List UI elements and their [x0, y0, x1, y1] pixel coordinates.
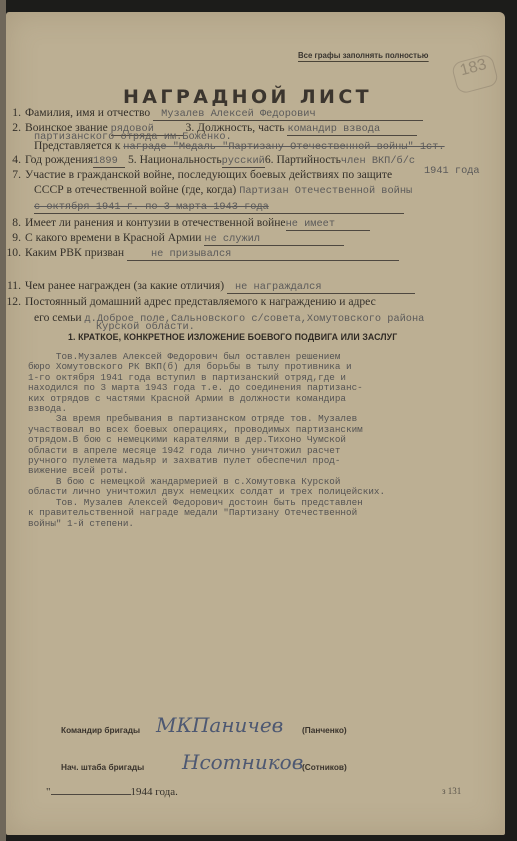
- fill-all-fields-notice: Все графы заполнять полностью: [298, 50, 428, 62]
- archive-number-stamp: 183: [451, 53, 500, 95]
- field-6-label: Партийность: [276, 153, 340, 166]
- merit-line: войны" 1-й степени.: [28, 519, 385, 529]
- field-1-row: 1.Фамилия, имя и отчество Музалев Алексе…: [2, 106, 423, 121]
- party-membership-value: член ВКП/б/с: [341, 155, 415, 167]
- field-12-row: 12.Постоянный домашний адрес представляе…: [2, 295, 376, 308]
- field-7-row-cont: СССР в отечественной войне (где, когда) …: [34, 183, 412, 197]
- field-10-row: 10.Каким РВК призван не призывался: [2, 246, 399, 261]
- merit-line: ких отрядов с частями Красной Армии в до…: [28, 394, 385, 404]
- red-army-since-value: не служил: [204, 233, 344, 246]
- field-12-row-cont: его семьи д.Доброе поле,Сальновского с/с…: [34, 311, 424, 325]
- chief-of-staff-signature: Нсотников: [182, 750, 303, 774]
- field-7-label: Участие в гражданской войне, последующих…: [25, 168, 392, 181]
- field-8-row: 8.Имеет ли ранения и контузии в отечеств…: [2, 216, 370, 231]
- full-name-value: Музалев Алексей Федорович: [153, 108, 423, 121]
- position-unit-value: командир взвода: [287, 123, 417, 136]
- chief-of-staff-name: (Сотников): [302, 762, 347, 772]
- document-title: НАГРАДНОЙ ЛИСТ: [123, 86, 372, 108]
- merit-line: к правительственной награде медали "Парт…: [28, 508, 385, 518]
- field-12-label: Постоянный домашний адрес представляемог…: [25, 295, 376, 308]
- field-4-5-6-row: 4.Год рождения1899 5. Национальностьрусс…: [2, 153, 415, 168]
- presented-for-label: Представляется к: [34, 139, 120, 152]
- wounds-value: не имеет: [286, 218, 370, 231]
- party-membership-continuation: 1941 года: [424, 165, 480, 177]
- field-10-label: Каким РВК призван: [25, 246, 124, 259]
- date-year: 1944 года.: [131, 786, 178, 798]
- field-5-label: Национальность: [140, 153, 222, 166]
- field-9-row: 9.С какого времени в Красной Армии не сл…: [2, 231, 344, 246]
- field-9-label: С какого времени в Красной Армии: [25, 231, 201, 244]
- award-sheet-page: Все графы заполнять полностью 183 НАГРАД…: [6, 12, 505, 835]
- chief-of-staff-label: Нач. штаба бригады: [61, 762, 144, 772]
- presented-for-row: Представляется к награде "Медаль "Партиз…: [34, 139, 445, 153]
- form-code: з 131: [442, 786, 461, 796]
- merit-description: Тов.Музалев Алексей Федорович был оставл…: [28, 352, 385, 529]
- drafted-by-value: не призывался: [127, 248, 399, 261]
- birth-year-value: 1899: [93, 155, 125, 168]
- commander-name: (Панченко): [302, 725, 347, 735]
- field-8-label: Имеет ли ранения и контузии в отечествен…: [25, 216, 286, 229]
- field-11-label: Чем ранее награжден (за какие отличия): [25, 279, 224, 292]
- award-value: награде "Медаль "Партизану Отечественной…: [123, 141, 444, 153]
- field-12-label-cont: его семьи: [34, 311, 82, 324]
- field-1-label: Фамилия, имя и отчество: [25, 106, 150, 119]
- nationality-value: русский: [222, 155, 265, 168]
- field-7-label-cont: СССР в отечественной войне (где, когда): [34, 183, 236, 196]
- war-participation-value: Партизан Отечественной войны: [239, 185, 412, 197]
- field-7-row: 7.Участие в гражданской войне, последующ…: [2, 168, 392, 181]
- section-heading: 1. КРАТКОЕ, КОНКРЕТНОЕ ИЗЛОЖЕНИЕ БОЕВОГО…: [68, 332, 397, 342]
- previous-awards-value: не награждался: [227, 281, 415, 294]
- date-row: "1944 года.: [46, 784, 178, 798]
- field-4-label: Год рождения: [25, 153, 93, 166]
- field-11-row: 11.Чем ранее награжден (за какие отличия…: [2, 279, 415, 294]
- war-participation-continuation: с октября 1941 г. по 3 марта 1943 года: [34, 201, 404, 214]
- commander-signature: МКПаничев: [156, 713, 283, 737]
- commander-label: Командир бригады: [61, 725, 140, 735]
